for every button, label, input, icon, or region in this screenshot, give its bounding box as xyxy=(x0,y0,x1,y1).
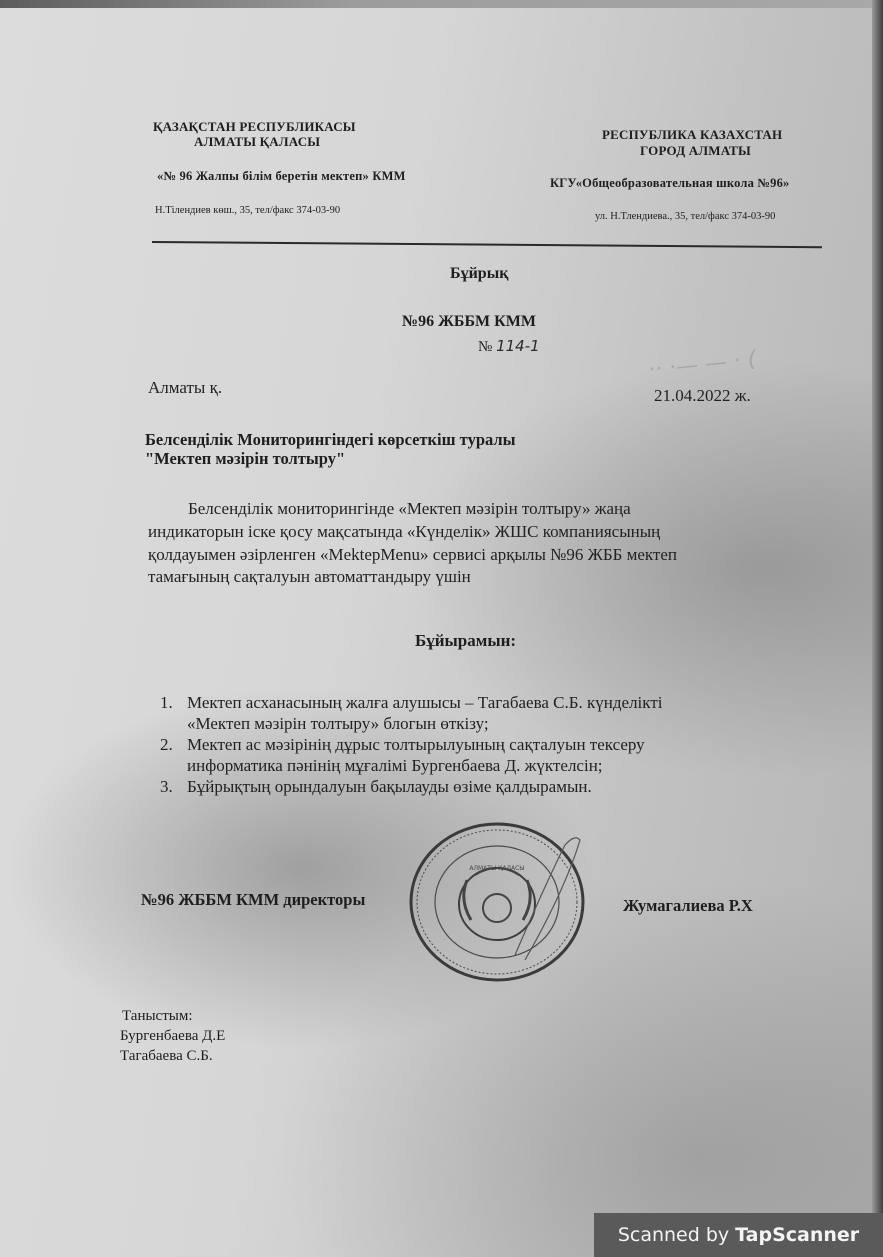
watermark-brand: TapScanner xyxy=(735,1224,859,1246)
faint-registration-stamp: ·· ·— — · ( xyxy=(647,338,839,388)
seal-inner-text: АЛМАТЫ ҚАЛАСЫ xyxy=(469,865,524,872)
order-number: 3. xyxy=(160,776,173,797)
header-right-org: КГУ«Общеобразовательная школа №96» xyxy=(550,176,790,191)
number-prefix: № xyxy=(478,339,492,355)
document-type: Бұйрық xyxy=(450,265,508,283)
header-right-republic: РЕСПУБЛИКА КАЗАХСТАН xyxy=(602,127,782,143)
preamble-line: қолдауымен әзірленген «MektepMenu» серви… xyxy=(148,544,677,565)
document-page: ҚАЗАҚСТАН РЕСПУБЛИКАСЫ АЛМАТЫ ҚАЛАСЫ «№ … xyxy=(0,8,872,1257)
document-city: Алматы қ. xyxy=(148,377,222,398)
header-divider xyxy=(152,241,822,248)
header-right-city: ГОРОД АЛМАТЫ xyxy=(640,143,751,159)
subject-line-2: "Мектеп мәзірін толтыру" xyxy=(145,449,345,469)
order-text-line: Мектеп ас мәзірінің дұрыс толтырылуының … xyxy=(187,734,800,755)
scan-right-edge xyxy=(872,0,883,1257)
preamble-line: индикаторын іске қосу мақсатында «Күндел… xyxy=(148,521,660,542)
order-item: 3. Бұйрықтың орындалуын бақылауды өзіме … xyxy=(160,776,800,797)
order-item: 1. Мектеп асханасының жалға алушысы – Та… xyxy=(160,692,800,734)
order-heading: Бұйырамын: xyxy=(415,631,516,651)
order-number: 1. xyxy=(160,692,173,713)
header-left-address: Н.Тілендиев көш., 35, тел/факс 374-03-90 xyxy=(155,205,340,216)
order-item: 2. Мектеп ас мәзірінің дұрыс толтырылуын… xyxy=(160,734,800,776)
signature-name: Жумагалиева Р.Х xyxy=(623,896,753,916)
orders-list: 1. Мектеп асханасының жалға алушысы – Та… xyxy=(160,692,800,797)
scanner-watermark: Scanned by TapScanner xyxy=(594,1213,883,1257)
official-round-seal-icon: АЛМАТЫ ҚАЛАСЫ xyxy=(405,820,595,985)
scan-top-edge xyxy=(0,0,883,8)
order-text-line: Бұйрықтың орындалуын бақылауды өзіме қал… xyxy=(187,776,800,797)
header-left-org: «№ 96 Жалпы білім беретін мектеп» КММ xyxy=(157,169,406,184)
preamble-line: тамағының сақталуын автоматтандыру үшін xyxy=(148,566,471,587)
acknowledged-name: Тагабаева С.Б. xyxy=(120,1048,213,1065)
order-text-line: Мектеп асханасының жалға алушысы – Тагаб… xyxy=(187,692,800,713)
signature-title: №96 ЖББМ КММ директоры xyxy=(141,890,365,910)
order-text-line: информатика пәнінің мұғалімі Бургенбаева… xyxy=(187,755,800,776)
handwritten-number: 114-1 xyxy=(496,337,540,355)
document-date: 21.04.2022 ж. xyxy=(654,385,751,406)
acknowledged-label: Таныстым: xyxy=(122,1008,193,1025)
document-number: № 114-1 xyxy=(478,337,540,356)
subject-line-1: Белсенділік Мониторингіндегі көрсеткіш т… xyxy=(145,430,516,450)
order-text-line: «Мектеп мәзірін толтыру» блогын өткізу; xyxy=(187,713,800,734)
header-right-address: ул. Н.Тлендиева., 35, тел/факс 374-03-90 xyxy=(595,211,775,222)
header-left-city: АЛМАТЫ ҚАЛАСЫ xyxy=(194,134,320,150)
acknowledged-name: Бургенбаева Д.Е xyxy=(120,1028,225,1045)
header-left-republic: ҚАЗАҚСТАН РЕСПУБЛИКАСЫ xyxy=(153,119,356,135)
order-number: 2. xyxy=(160,734,173,755)
watermark-prefix: Scanned by xyxy=(618,1224,729,1246)
preamble-line: Белсенділік мониторингінде «Мектеп мәзір… xyxy=(188,498,631,519)
document-issuer: №96 ЖББМ КММ xyxy=(402,313,536,331)
